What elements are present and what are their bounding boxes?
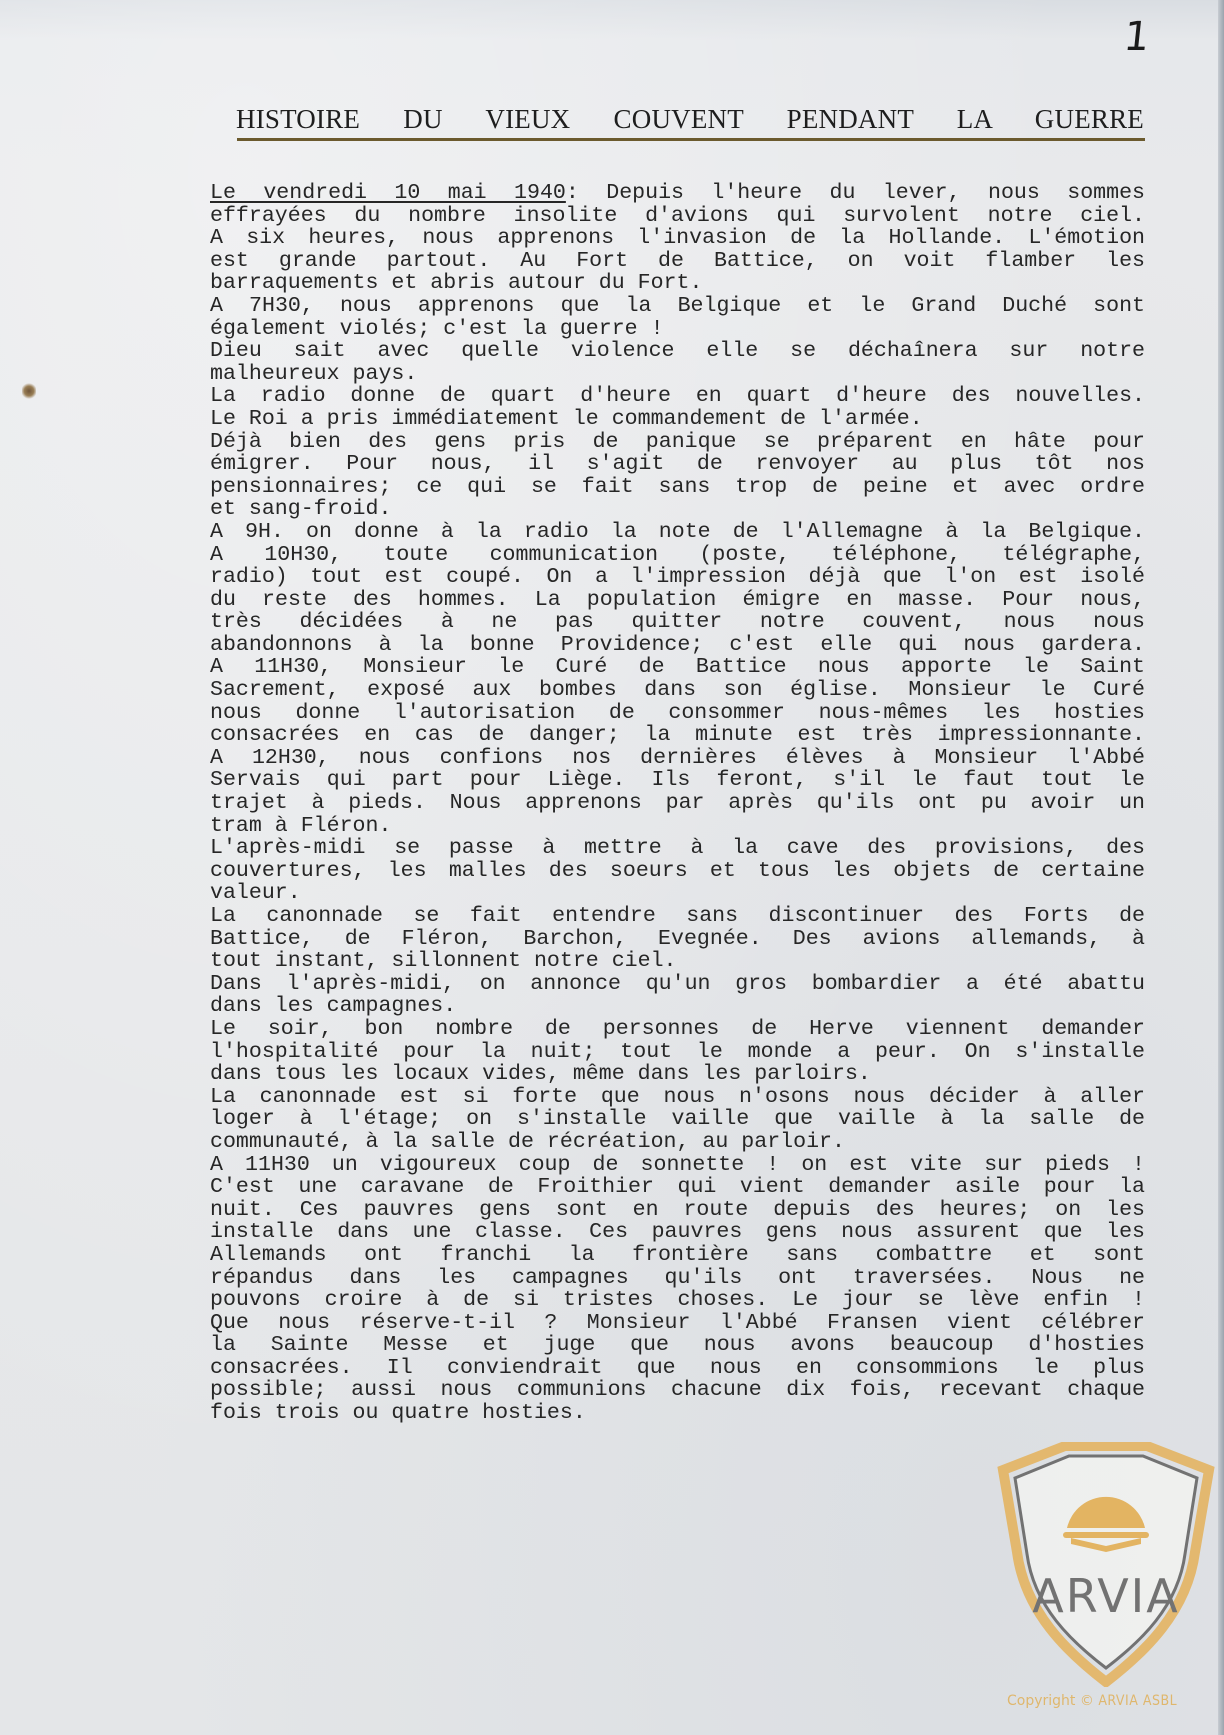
page-title: HISTOIRE DU VIEUX COUVENT PENDANT LA GUE…: [236, 104, 1144, 135]
copyright-org: ARVIA ASBL: [1098, 1693, 1177, 1709]
page-number: 1: [1122, 14, 1152, 60]
text-line: abandonnons à la bonne Providence; c'est…: [210, 634, 1145, 657]
text-line: fois trois ou quatre hosties.: [210, 1402, 1145, 1425]
text-line: répandus dans les campagnes qu'ils ont t…: [210, 1267, 1145, 1290]
text-line: A six heures, nous apprenons l'invasion …: [210, 227, 1145, 250]
text-line: A 9H. on donne à la radio la note de l'A…: [210, 521, 1145, 544]
text-line: installe dans une classe. Ces pauvres ge…: [210, 1221, 1145, 1244]
text-line: dans les campagnes.: [210, 995, 1145, 1018]
text-line: communauté, à la salle de récréation, au…: [210, 1131, 1145, 1154]
text-line: A 11H30 un vigoureux coup de sonnette ! …: [210, 1154, 1145, 1177]
text-line: A 12H30, nous confions nos dernières élè…: [210, 747, 1145, 770]
logo-text: ARVIA: [1032, 1569, 1179, 1623]
text-line: consacrées. Il conviendrait que nous en …: [210, 1357, 1145, 1380]
text-line: tram à Fléron.: [210, 815, 1145, 838]
text-line: La canonnade se fait entendre sans disco…: [210, 905, 1145, 928]
text-line: effrayées du nombre insolite d'avions qu…: [210, 205, 1145, 228]
text-line: A 10H30, toute communication (poste, tél…: [210, 544, 1145, 567]
date-heading: Le vendredi 10 mai 1940: [210, 181, 566, 205]
text-line: Allemands ont franchi la frontière sans …: [210, 1244, 1145, 1267]
arvia-shield-logo: ARVIA: [995, 1442, 1217, 1687]
page-edge: [1218, 0, 1224, 1735]
text-line: barraquements et abris autour du Fort.: [210, 272, 1145, 295]
text-line: Que nous réserve-t-il ? Monsieur l'Abbé …: [210, 1312, 1145, 1335]
text-line: la Sainte Messe et juge que nous avons b…: [210, 1334, 1145, 1357]
text-line: du reste des hommes. La population émigr…: [210, 589, 1145, 612]
text-line: malheureux pays.: [210, 363, 1145, 386]
first-line: Le vendredi 10 mai 1940: Depuis l'heure …: [210, 182, 1145, 205]
text-line: très décidées à ne pas quitter notre cou…: [210, 611, 1145, 634]
text-line: L'après-midi se passe à mettre à la cave…: [210, 837, 1145, 860]
text-line: La canonnade est si forte que nous n'oso…: [210, 1086, 1145, 1109]
text-line: Déjà bien des gens pris de panique se pr…: [210, 431, 1145, 454]
text-line: loger à l'étage; on s'installe vaille qu…: [210, 1108, 1145, 1131]
text-line: Sacrement, exposé aux bombes dans son ég…: [210, 679, 1145, 702]
text-line: valeur.: [210, 882, 1145, 905]
text-line: A 7H30, nous apprenons que la Belgique e…: [210, 295, 1145, 318]
text-line: Dieu sait avec quelle violence elle se d…: [210, 340, 1145, 363]
title-underline: [237, 138, 1145, 141]
text-line: La radio donne de quart d'heure en quart…: [210, 385, 1145, 408]
text-line: Le soir, bon nombre de personnes de Herv…: [210, 1018, 1145, 1041]
shield-inner: [1015, 1456, 1197, 1668]
text-line: pouvons croire à de si tristes choses. L…: [210, 1289, 1145, 1312]
text-line: Le Roi a pris immédiatement le commandem…: [210, 408, 1145, 431]
copyright-notice: Copyright © ARVIA ASBL: [1007, 1693, 1177, 1709]
text-line: pensionnaires; ce qui se fait sans trop …: [210, 476, 1145, 499]
text-line: trajet à pieds. Nous apprenons par après…: [210, 792, 1145, 815]
copyright-prefix: Copyright ©: [1007, 1693, 1094, 1709]
text-line: C'est une caravane de Froithier qui vien…: [210, 1176, 1145, 1199]
document-page: 1 HISTOIRE DU VIEUX COUVENT PENDANT LA G…: [0, 0, 1224, 1735]
body-lines: effrayées du nombre insolite d'avions qu…: [210, 205, 1145, 1425]
text-line: dans tous les locaux vides, même dans le…: [210, 1063, 1145, 1086]
text-line: également violés; c'est la guerre !: [210, 318, 1145, 341]
text-line: A 11H30, Monsieur le Curé de Battice nou…: [210, 656, 1145, 679]
body-text: Le vendredi 10 mai 1940: Depuis l'heure …: [210, 182, 1145, 1425]
text-line: l'hospitalité pour la nuit; tout le mond…: [210, 1041, 1145, 1064]
paper-stain: [22, 383, 36, 399]
text-line: et sang-froid.: [210, 498, 1145, 521]
text-line: consacrées en cas de danger; la minute e…: [210, 724, 1145, 747]
text-line: tout instant, sillonnent notre ciel.: [210, 950, 1145, 973]
text-line: est grande partout. Au Fort de Battice, …: [210, 250, 1145, 273]
text-line: Dans l'après-midi, on annonce qu'un gros…: [210, 973, 1145, 996]
text-line: radio) tout est coupé. On a l'impression…: [210, 566, 1145, 589]
text-line: émigrer. Pour nous, il s'agit de renvoye…: [210, 453, 1145, 476]
text-line: possible; aussi nous communions chacune …: [210, 1379, 1145, 1402]
text-line: couvertures, les malles des soeurs et to…: [210, 860, 1145, 883]
text-line: nuit. Ces pauvres gens sont en route dep…: [210, 1199, 1145, 1222]
text-line: Battice, de Fléron, Barchon, Evegnée. De…: [210, 928, 1145, 951]
first-line-rest: : Depuis l'heure du lever, nous sommes: [566, 181, 1145, 205]
text-line: nous donne l'autorisation de consommer n…: [210, 702, 1145, 725]
text-line: Servais qui part pour Liège. Ils feront,…: [210, 769, 1145, 792]
